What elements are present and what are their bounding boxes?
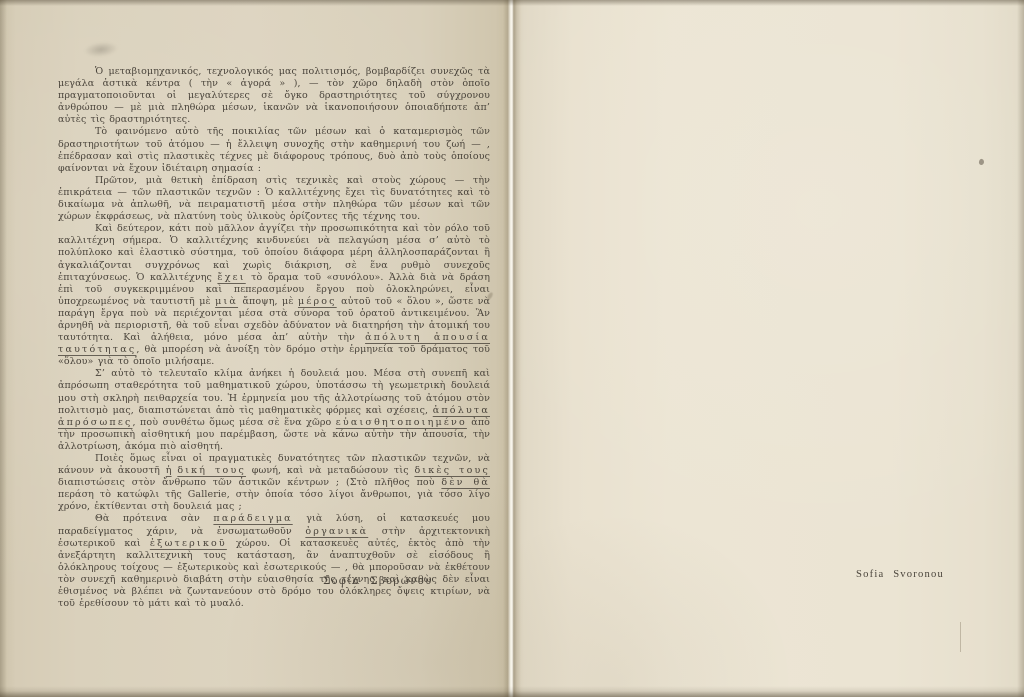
emphasized-text: δὲν θὰ	[441, 477, 490, 488]
paragraph: Πρῶτον, μιὰ θετικὴ ἐπίδραση στὶς τεχνικὲ…	[58, 175, 490, 223]
text-run: Πρῶτον, μιὰ θετικὴ ἐπίδραση στὶς τεχνικὲ…	[58, 175, 490, 222]
page-edge-right	[1017, 0, 1024, 697]
page-left: Ὁ μεταβιομηχανικός, τεχνολογικός μας πολ…	[0, 0, 512, 697]
emphasized-text: ὀργανικὰ	[305, 526, 368, 537]
text-run: , ποὺ συνθέτω ὅμως μέσα σὲ ἕνα χῶρο	[132, 417, 335, 428]
paragraph: Σ’ αὐτὸ τὸ τελευταῖο κλίμα ἀνήκει ἡ δουλ…	[58, 368, 490, 453]
paragraph: Ὁ μεταβιομηχανικός, τεχνολογικός μας πολ…	[58, 66, 490, 126]
paragraph: Καὶ δεύτερον, κάτι ποὺ μᾶλλον ἀγγίζει τὴ…	[58, 223, 490, 368]
paragraph: Τὸ φαινόμενο αὐτὸ τῆς ποικιλίας τῶν μέσω…	[58, 126, 490, 174]
emphasized-text: μιὰ	[215, 296, 238, 307]
emphasized-text: ἔχει	[217, 272, 245, 283]
emphasized-text: ἡ	[166, 465, 172, 476]
text-run: Σ’ αὐτὸ τὸ τελευταῖο κλίμα ἀνήκει ἡ δουλ…	[58, 368, 490, 415]
page-right: The post - industrial, technological civ…	[512, 0, 1024, 697]
greek-text-column: Ὁ μεταβιομηχανικός, τεχνολογικός μας πολ…	[58, 66, 490, 610]
signature-english: Sofia Svoronou	[856, 569, 944, 580]
emphasized-text: ἐξωτερικοῦ	[150, 538, 227, 549]
page-edge-left	[0, 0, 7, 697]
paper-speck	[978, 158, 985, 165]
paragraph: Ποιὲς ὅμως εἶναι οἱ πραγματικὲς δυνατότη…	[58, 453, 490, 513]
text-run: φωνή, καὶ νὰ μεταδώσουν τὶς	[246, 465, 414, 476]
text-run: Θὰ πρότεινα σὰν	[95, 513, 213, 524]
text-run: περάση τὸ κατώφλι τῆς Gallerie, στὴν ὁπο…	[58, 489, 490, 512]
paragraph: Θὰ πρότεινα σὰν παράδειγμα γιὰ λύση, οἱ …	[58, 513, 490, 610]
text-run: Τὸ φαινόμενο αὐτὸ τῆς ποικιλίας τῶν μέσω…	[58, 126, 490, 173]
paper-scratch	[960, 622, 961, 652]
text-run: διαπιστώσεις στὸν ἄνθρωπο τῶν ἀστικῶν κέ…	[58, 477, 441, 488]
emphasized-text: δική τους	[177, 465, 246, 476]
scanned-book-spread: Ὁ μεταβιομηχανικός, τεχνολογικός μας πολ…	[0, 0, 1024, 697]
text-run: ἄποψη, μὲ	[238, 296, 298, 307]
page-edge-bottom	[0, 686, 1024, 697]
emphasized-text: δικὲς τους	[414, 465, 490, 476]
page-edge-top	[0, 0, 1024, 6]
emphasized-text: παράδειγμα	[213, 513, 292, 524]
emphasized-text: μέρος	[298, 296, 337, 307]
pencil-smudge	[81, 40, 120, 59]
text-run: Ὁ μεταβιομηχανικός, τεχνολογικός μας πολ…	[58, 66, 490, 125]
emphasized-text: εὐαισθητοποιημένο	[336, 417, 467, 428]
signature-greek: Σοφία Σβορώνου	[323, 576, 433, 587]
